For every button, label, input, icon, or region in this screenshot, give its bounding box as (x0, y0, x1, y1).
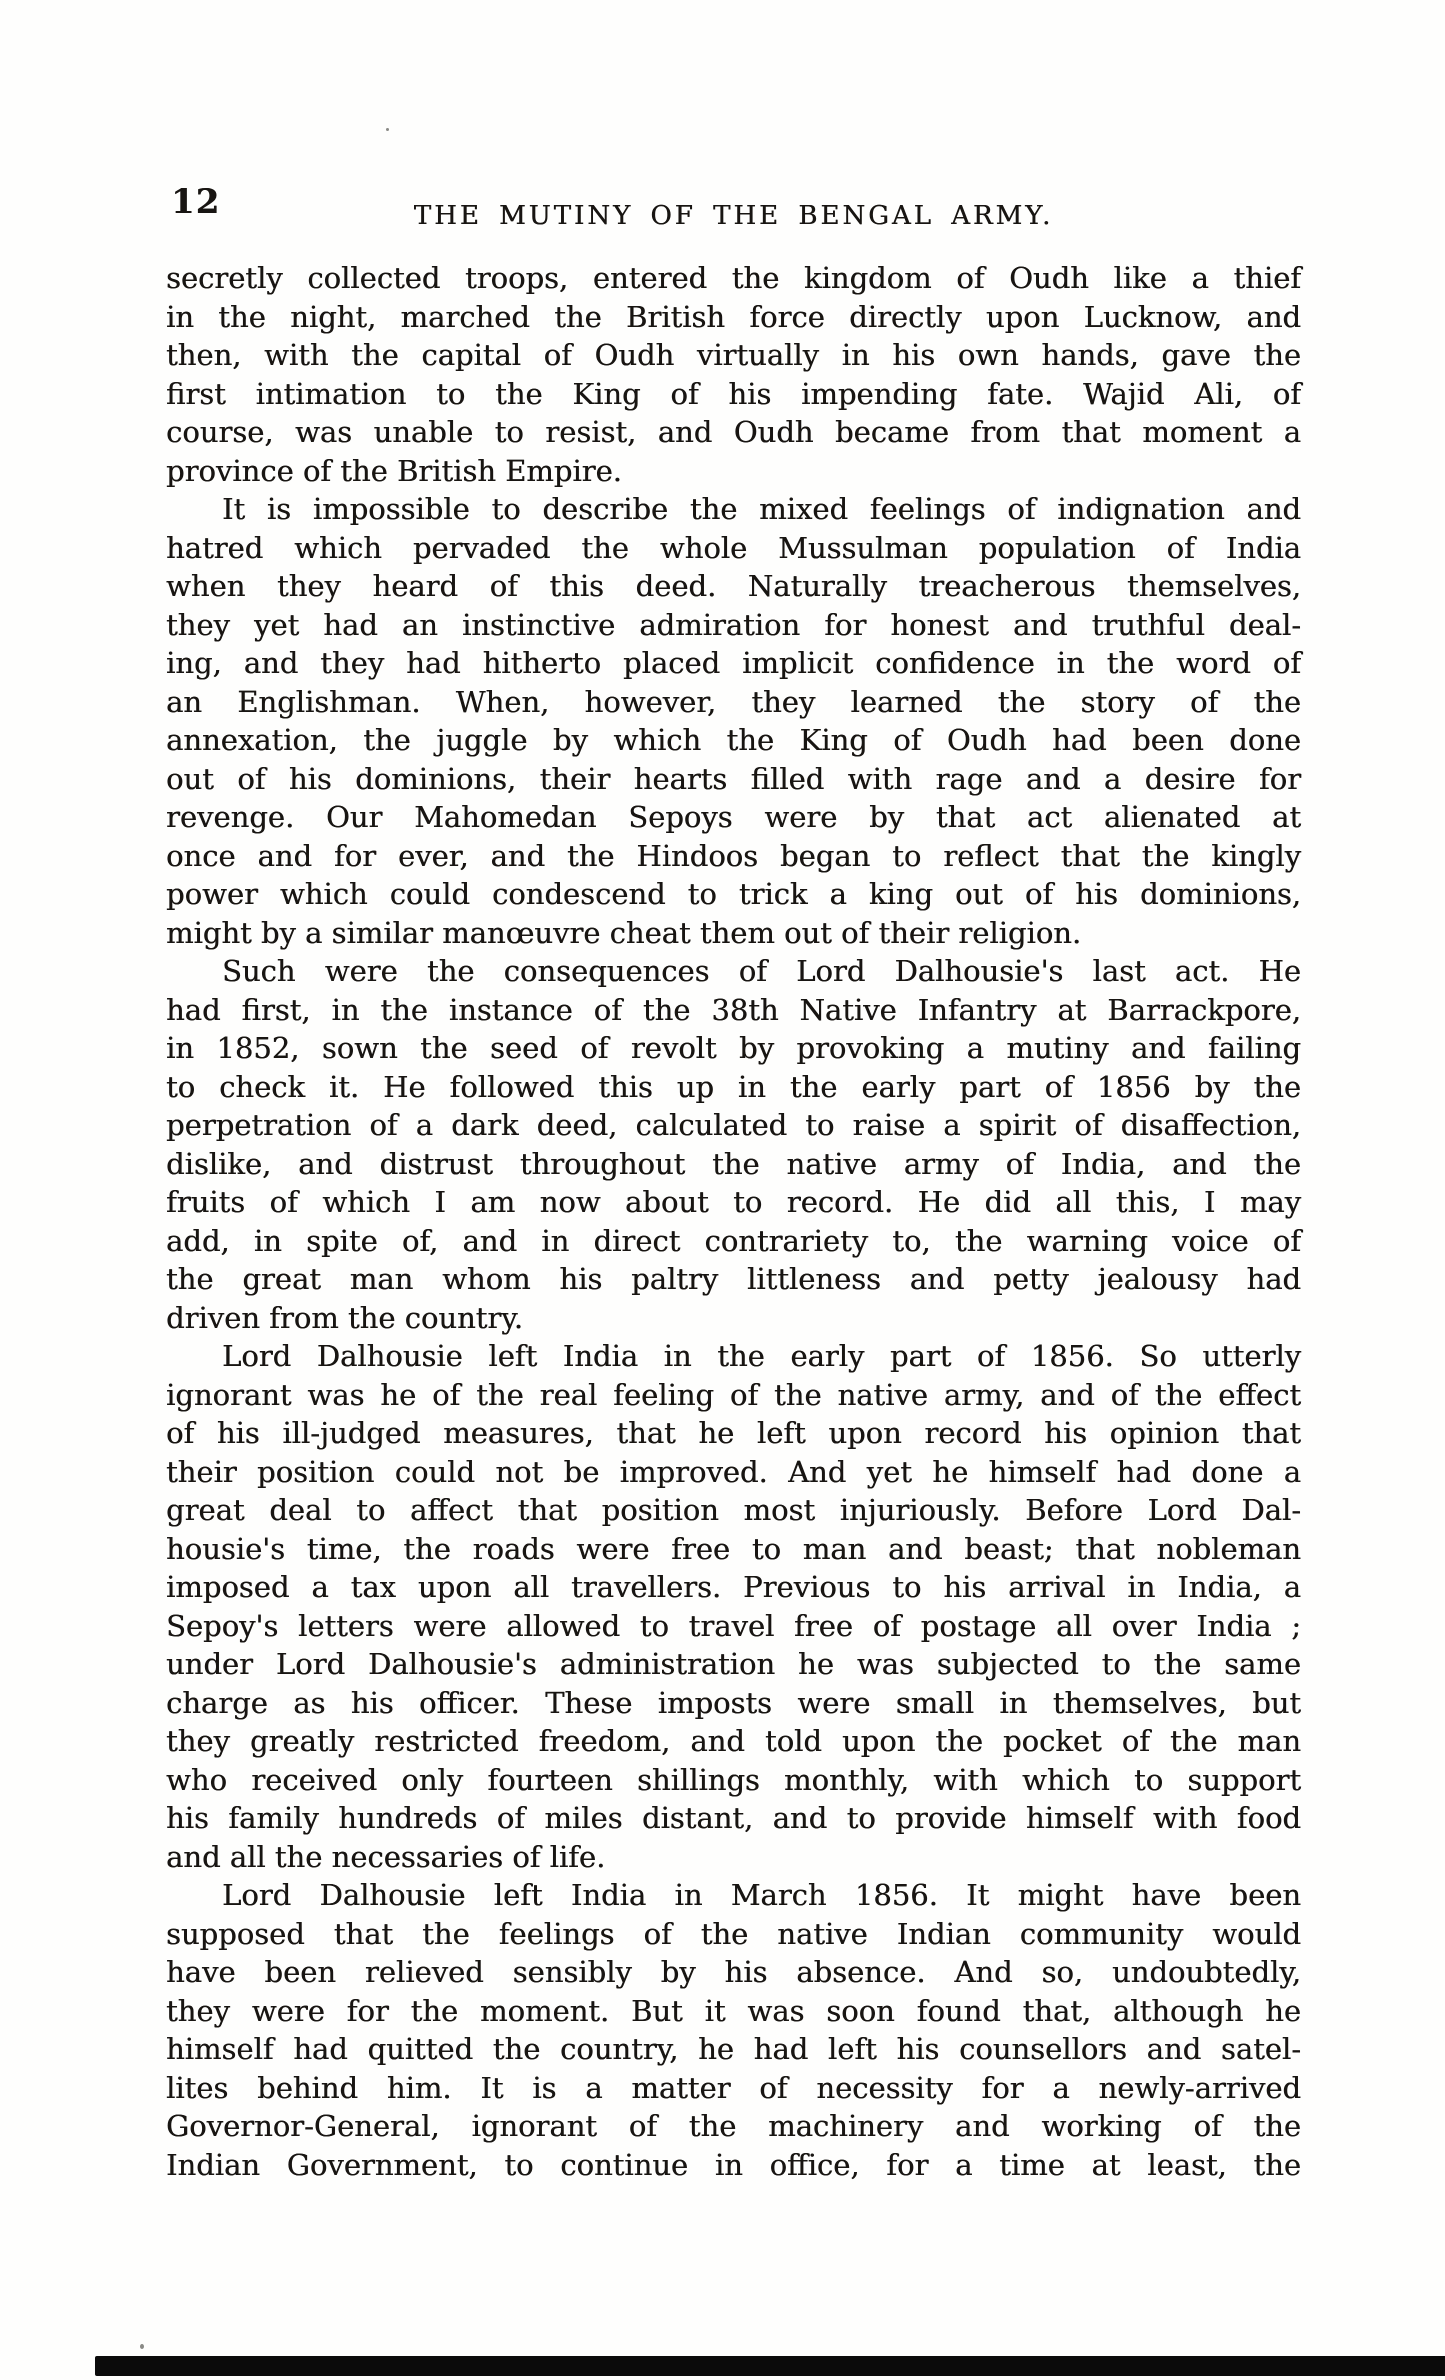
text-line: who received only fourteen shillings mon… (166, 1761, 1301, 1800)
text-line: the great man whom his paltry littleness… (166, 1260, 1301, 1299)
text-line: their position could not be improved. An… (166, 1453, 1301, 1492)
text-line: they greatly restricted freedom, and tol… (166, 1722, 1301, 1761)
text-line: lites behind him. It is a matter of nece… (166, 2069, 1301, 2108)
paragraph: Such were the consequences of Lord Dalho… (166, 952, 1301, 1337)
scan-speck (386, 128, 389, 131)
text-line: It is impossible to describe the mixed f… (166, 490, 1301, 529)
text-line: supposed that the feelings of the native… (166, 1915, 1301, 1954)
text-line: an Englishman. When, however, they learn… (166, 683, 1301, 722)
text-line: charge as his officer. These imposts wer… (166, 1684, 1301, 1723)
text-line: first intimation to the King of his impe… (166, 375, 1301, 414)
book-page-scan: 12 THE MUTINY OF THE BENGAL ARMY. secret… (0, 0, 1445, 2380)
text-line: fruits of which I am now about to record… (166, 1183, 1301, 1222)
text-line: hatred which pervaded the whole Mussulma… (166, 529, 1301, 568)
text-line: driven from the country. (166, 1299, 1301, 1338)
text-line: course, was unable to resist, and Oudh b… (166, 413, 1301, 452)
text-line: when they heard of this deed. Naturally … (166, 567, 1301, 606)
text-line: dislike, and distrust throughout the nat… (166, 1145, 1301, 1184)
text-line: to check it. He followed this up in the … (166, 1068, 1301, 1107)
body-text: secretly collected troops, entered the k… (166, 259, 1301, 2184)
text-line: housie's time, the roads were free to ma… (166, 1530, 1301, 1569)
text-line: under Lord Dalhousie's administration he… (166, 1645, 1301, 1684)
text-line: revenge. Our Mahomedan Sepoys were by th… (166, 798, 1301, 837)
text-line: in 1852, sown the seed of revolt by prov… (166, 1029, 1301, 1068)
text-line: province of the British Empire. (166, 452, 1301, 491)
text-line: imposed a tax upon all travellers. Previ… (166, 1568, 1301, 1607)
text-line: in the night, marched the British force … (166, 298, 1301, 337)
text-line: power which could condescend to trick a … (166, 875, 1301, 914)
text-line: great deal to affect that position most … (166, 1491, 1301, 1530)
text-line: secretly collected troops, entered the k… (166, 259, 1301, 298)
running-title: THE MUTINY OF THE BENGAL ARMY. (166, 201, 1301, 231)
text-line: Indian Government, to continue in office… (166, 2146, 1301, 2185)
page-scan-artifact-bar (95, 2356, 1445, 2376)
text-line: had first, in the instance of the 38th N… (166, 991, 1301, 1030)
text-line: they yet had an instinctive admiration f… (166, 606, 1301, 645)
text-line: of his ill-judged measures, that he left… (166, 1414, 1301, 1453)
paragraph: It is impossible to describe the mixed f… (166, 490, 1301, 952)
text-line: add, in spite of, and in direct contrari… (166, 1222, 1301, 1261)
text-line: his family hundreds of miles distant, an… (166, 1799, 1301, 1838)
text-line: have been relieved sensibly by his absen… (166, 1953, 1301, 1992)
text-line: might by a similar manœuvre cheat them o… (166, 914, 1301, 953)
text-line: himself had quitted the country, he had … (166, 2030, 1301, 2069)
text-line: Lord Dalhousie left India in the early p… (166, 1337, 1301, 1376)
paragraph: secretly collected troops, entered the k… (166, 259, 1301, 490)
text-line: and all the necessaries of life. (166, 1838, 1301, 1877)
paragraph: Lord Dalhousie left India in March 1856.… (166, 1876, 1301, 2184)
text-line: Lord Dalhousie left India in March 1856.… (166, 1876, 1301, 1915)
text-line: Governor-General, ignorant of the machin… (166, 2107, 1301, 2146)
text-line: once and for ever, and the Hindoos began… (166, 837, 1301, 876)
scan-speck (140, 2344, 144, 2349)
text-line: annexation, the juggle by which the King… (166, 721, 1301, 760)
text-line: they were for the moment. But it was soo… (166, 1992, 1301, 2031)
text-line: ignorant was he of the real feeling of t… (166, 1376, 1301, 1415)
text-line: ing, and they had hitherto placed implic… (166, 644, 1301, 683)
paragraph: Lord Dalhousie left India in the early p… (166, 1337, 1301, 1876)
text-line: out of his dominions, their hearts fille… (166, 760, 1301, 799)
text-line: perpetration of a dark deed, calculated … (166, 1106, 1301, 1145)
text-line: then, with the capital of Oudh virtually… (166, 336, 1301, 375)
text-line: Such were the consequences of Lord Dalho… (166, 952, 1301, 991)
text-line: Sepoy's letters were allowed to travel f… (166, 1607, 1301, 1646)
